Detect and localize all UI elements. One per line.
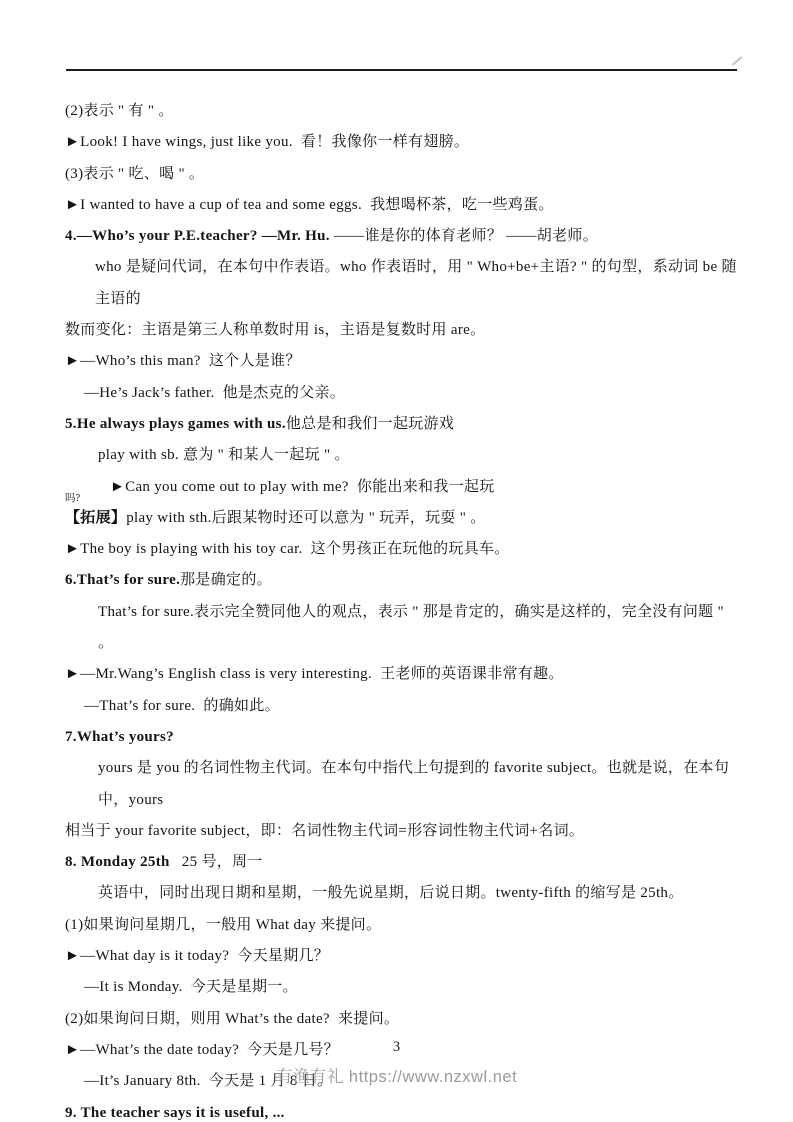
text-line: ►—Mr.Wang’s English class is very intere… xyxy=(65,659,737,690)
document-page: (2)表示 " 有 " 。►Look! I have wings, just l… xyxy=(0,0,793,1122)
page-number: 3 xyxy=(0,1038,793,1056)
watermark-text: 有渔有礼 https://www.nzxwl.net xyxy=(0,1066,793,1088)
text-segment: 数而变化：主语是第三人称单数时用 is，主语是复数时用 are。 xyxy=(65,322,485,338)
text-segment: —That’s for sure. 的确如此。 xyxy=(84,698,280,714)
text-segment-bold: 7.What’s yours? xyxy=(65,729,174,745)
text-segment: ►The boy is playing with his toy car. 这个… xyxy=(65,541,510,557)
text-line: ►—Who’s this man? 这个人是谁？ xyxy=(65,346,737,377)
text-segment-bold: 9. The teacher says it is useful, ... xyxy=(65,1105,285,1121)
text-segment-bold: 5.He always plays games with us. xyxy=(65,416,286,432)
text-line: 4.—Who’s your P.E.teacher? —Mr. Hu. ——谁是… xyxy=(65,221,737,252)
text-segment: 他总是和我们一起玩游戏 xyxy=(286,416,454,432)
text-segment: 英语中，同时出现日期和星期，一般先说星期，后说日期。twenty-fifth 的… xyxy=(98,885,684,901)
text-segment: ►Look! I have wings, just like you. 看！我像… xyxy=(65,134,469,150)
text-line: 英语中，同时出现日期和星期，一般先说星期，后说日期。twenty-fifth 的… xyxy=(65,878,737,909)
text-line: 8. Monday 25th 25 号，周一 xyxy=(65,847,737,878)
text-line: —He’s Jack’s father. 他是杰克的父亲。 xyxy=(65,378,737,409)
text-segment: ——谁是你的体育老师？ ——胡老师。 xyxy=(334,228,598,244)
text-segment: ►Can you come out to play with me? 你能出来和… xyxy=(110,479,495,495)
text-segment-bold: 6.That’s for sure. xyxy=(65,572,180,588)
text-segment: ►—What day is it today? 今天星期几？ xyxy=(65,948,329,964)
text-segment: (1)如果询问星期几，一般用 What day 来提问。 xyxy=(65,917,381,933)
header-rule-artifact xyxy=(732,56,742,66)
text-segment: That’s for sure.表示完全赞同他人的观点，表示 " 那是肯定的，确… xyxy=(98,604,728,651)
text-segment: ►—Who’s this man? 这个人是谁？ xyxy=(65,353,301,369)
text-line: ►—What day is it today? 今天星期几？ xyxy=(65,941,737,972)
text-segment: ►—Mr.Wang’s English class is very intere… xyxy=(65,666,564,682)
text-line: ►I wanted to have a cup of tea and some … xyxy=(65,190,737,221)
text-segment: 相当于 your favorite subject，即：名词性物主代词=形容词性… xyxy=(65,823,584,839)
text-line: (2)如果询问日期，则用 What’s the date? 来提问。 xyxy=(65,1004,737,1035)
text-segment: play with sb. 意为 " 和某人一起玩 " 。 xyxy=(98,447,350,463)
text-segment: 25 号，周一 xyxy=(170,854,263,870)
text-line: —It is Monday. 今天是星期一。 xyxy=(65,972,737,1003)
wrapped-text-fragment: 吗? xyxy=(65,494,80,505)
text-line: ►The boy is playing with his toy car. 这个… xyxy=(65,534,737,565)
text-line: 7.What’s yours? xyxy=(65,722,737,753)
text-line: yours 是 you 的名词性物主代词。在本句中指代上句提到的 favorit… xyxy=(65,753,737,816)
text-line: 9. The teacher says it is useful, ... xyxy=(65,1098,737,1122)
text-line: (3)表示 " 吃、喝 " 。 xyxy=(65,159,737,190)
text-segment: who 是疑问代词，在本句中作表语。who 作表语时，用 " Who+be+主语… xyxy=(95,259,737,306)
text-line: 6.That’s for sure.那是确定的。 xyxy=(65,565,737,596)
document-content: (2)表示 " 有 " 。►Look! I have wings, just l… xyxy=(65,96,737,1122)
text-line: That’s for sure.表示完全赞同他人的观点，表示 " 那是肯定的，确… xyxy=(65,597,737,660)
text-segment: yours 是 you 的名词性物主代词。在本句中指代上句提到的 favorit… xyxy=(98,760,729,807)
text-line: play with sb. 意为 " 和某人一起玩 " 。 xyxy=(65,440,737,471)
text-line: 【拓展】play with sth.后跟某物时还可以意为 " 玩弄，玩耍 " 。… xyxy=(65,503,737,534)
text-segment-bold: 4.—Who’s your P.E.teacher? —Mr. Hu. xyxy=(65,228,334,244)
text-line: ►Can you come out to play with me? 你能出来和… xyxy=(65,472,737,503)
text-segment: (2)如果询问日期，则用 What’s the date? 来提问。 xyxy=(65,1011,399,1027)
text-line: —That’s for sure. 的确如此。 xyxy=(65,691,737,722)
text-segment: 那是确定的。 xyxy=(180,572,272,588)
text-line: 5.He always plays games with us.他总是和我们一起… xyxy=(65,409,737,440)
text-segment: —He’s Jack’s father. 他是杰克的父亲。 xyxy=(84,385,345,401)
text-segment: (3)表示 " 吃、喝 " 。 xyxy=(65,166,204,182)
text-segment-bold: 【拓展】 xyxy=(65,510,126,526)
text-line: (1)如果询问星期几，一般用 What day 来提问。 xyxy=(65,910,737,941)
header-rule xyxy=(66,69,737,71)
text-line: 相当于 your favorite subject，即：名词性物主代词=形容词性… xyxy=(65,816,737,847)
text-line: 数而变化：主语是第三人称单数时用 is，主语是复数时用 are。 xyxy=(65,315,737,346)
text-segment-bold: 8. Monday 25th xyxy=(65,854,170,870)
text-segment: (2)表示 " 有 " 。 xyxy=(65,103,174,119)
text-line: (2)表示 " 有 " 。 xyxy=(65,96,737,127)
text-line: who 是疑问代词，在本句中作表语。who 作表语时，用 " Who+be+主语… xyxy=(65,252,737,315)
text-line: ►Look! I have wings, just like you. 看！我像… xyxy=(65,127,737,158)
text-segment: —It is Monday. 今天是星期一。 xyxy=(84,979,298,995)
text-segment: ►I wanted to have a cup of tea and some … xyxy=(65,197,554,213)
text-segment: play with sth.后跟某物时还可以意为 " 玩弄，玩耍 " 。 xyxy=(126,510,485,526)
